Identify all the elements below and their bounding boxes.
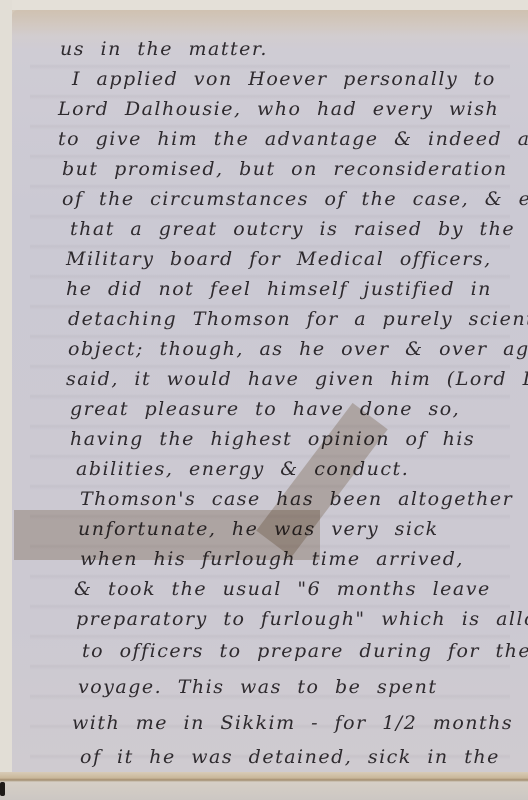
manuscript-line-8: Military board for Medical officers, [66, 248, 492, 270]
manuscript-line-1: us in the matter. [60, 38, 268, 60]
manuscript-line-11: object; though, as he over & over again [68, 338, 528, 360]
page-bottom-edge [0, 772, 528, 800]
manuscript-line-23: with me in Sikkim - for 1/2 months [72, 712, 513, 734]
manuscript-line-19: & took the usual "6 months leave [74, 578, 491, 600]
manuscript-line-10: detaching Thomson for a purely scientifi… [68, 308, 528, 330]
manuscript-line-20: preparatory to furlough" which is allowe… [76, 608, 528, 630]
page-top-edge-stain [12, 10, 528, 36]
manuscript-line-7: that a great outcry is raised by the [70, 218, 515, 240]
manuscript-line-2: I applied von Hoever personally to [72, 68, 496, 90]
manuscript-line-14: having the highest opinion of his [70, 428, 475, 450]
manuscript-line-24: of it he was detained, sick in the [80, 746, 500, 768]
manuscript-line-13: great pleasure to have done so, [70, 398, 460, 420]
manuscript-line-9: he did not feel himself justified in [66, 278, 492, 300]
manuscript-line-4: to give him the advantage & indeed all [58, 128, 528, 150]
manuscript-line-22: voyage. This was to be spent [78, 676, 437, 698]
scan-background [0, 0, 12, 800]
manuscript-line-12: said, it would have given him (Lord D.) [66, 368, 528, 390]
manuscript-line-21: to officers to prepare during for the [82, 640, 528, 662]
manuscript-line-6: of the circumstances of the case, & espe… [62, 188, 528, 210]
binding-mark [0, 782, 5, 796]
manuscript-line-5: but promised, but on reconsideration [62, 158, 508, 180]
manuscript-line-3: Lord Dalhousie, who had every wish [58, 98, 499, 120]
